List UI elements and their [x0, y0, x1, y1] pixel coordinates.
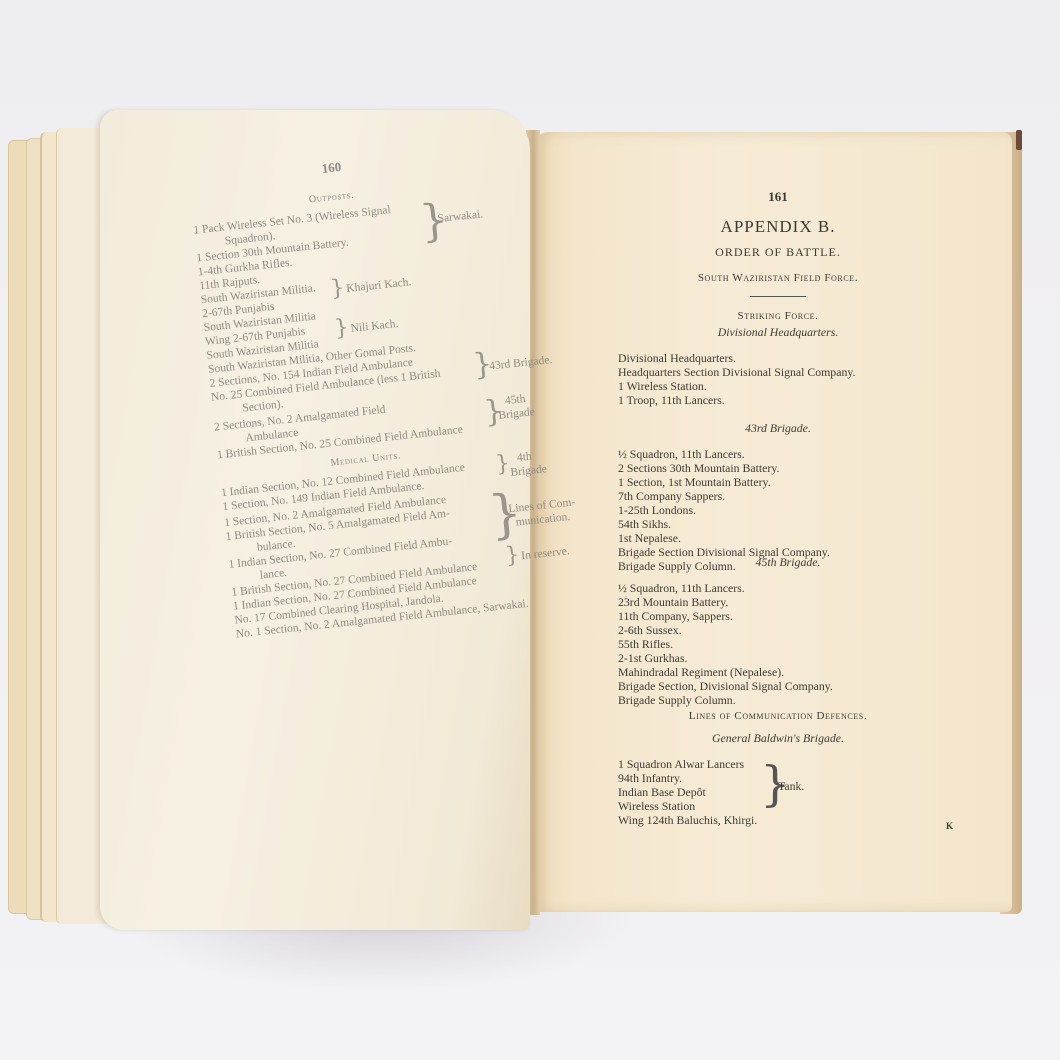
loc-heading: Lines of Communication Defences.: [618, 710, 938, 724]
order-line: Wireless Station: [618, 800, 695, 814]
order-line: 1-25th Londons.: [618, 504, 696, 518]
brigade-43-heading: 43rd Brigade.: [618, 422, 938, 436]
order-line: 7th Company Sappers.: [618, 490, 725, 504]
brace-icon: }: [334, 318, 350, 339]
order-line: 1 Wireless Station.: [618, 380, 707, 394]
page-number-left: 160: [321, 160, 342, 176]
brace-icon: }: [504, 545, 520, 566]
order-line: 2 Sections 30th Mountain Battery.: [618, 462, 779, 476]
brigade-45-heading: 45th Brigade.: [628, 556, 948, 570]
order-line: 1 Section, 1st Mountain Battery.: [618, 476, 771, 490]
order-line: 1st Nepalese.: [618, 532, 681, 546]
appendix-title: APPENDIX B.: [618, 220, 938, 234]
order-line: 54th Sikhs.: [618, 518, 671, 532]
order-line: Wing 124th Baluchis, Khirgi.: [618, 814, 757, 828]
brace-icon: }: [329, 278, 345, 299]
order-line: 2-6th Sussex.: [618, 624, 682, 638]
order-line: 94th Infantry.: [618, 772, 682, 786]
order-line: ½ Squadron, 11th Lancers.: [618, 448, 745, 462]
striking-force-heading: Striking Force.: [618, 310, 938, 324]
order-line: 55th Rifles.: [618, 638, 673, 652]
order-line: Mahindradal Regiment (Nepalese).: [618, 666, 784, 680]
order-line: Indian Base Depôt: [618, 786, 706, 800]
order-line: 23rd Mountain Battery.: [618, 596, 728, 610]
order-line: Headquarters Section Divisional Signal C…: [618, 366, 855, 380]
order-line: Divisional Headquarters.: [618, 352, 736, 366]
order-line: Brigade Supply Column.: [618, 694, 736, 708]
order-line: Brigade Section, Divisional Signal Compa…: [618, 680, 833, 694]
brace-icon: }: [495, 454, 511, 475]
order-line: 1 Troop, 11th Lancers.: [618, 394, 725, 408]
divider-rule: [750, 296, 806, 297]
loc-subheading: General Baldwin's Brigade.: [618, 732, 938, 746]
order-line: ½ Squadron, 11th Lancers.: [618, 582, 745, 596]
brace-label-tank: Tank.: [778, 780, 804, 794]
book-cover-corner: [1016, 130, 1022, 150]
order-line: 1 Squadron Alwar Lancers: [618, 758, 744, 772]
order-line: 11th Company, Sappers.: [618, 610, 733, 624]
force-heading: South Waziristan Field Force.: [618, 272, 938, 286]
page-number-right: 161: [618, 190, 938, 204]
order-line: 2-1st Gurkhas.: [618, 652, 687, 666]
signature-mark: K: [946, 820, 953, 834]
appendix-subtitle: ORDER OF BATTLE.: [618, 246, 938, 260]
div-hq-heading: Divisional Headquarters.: [618, 326, 938, 340]
